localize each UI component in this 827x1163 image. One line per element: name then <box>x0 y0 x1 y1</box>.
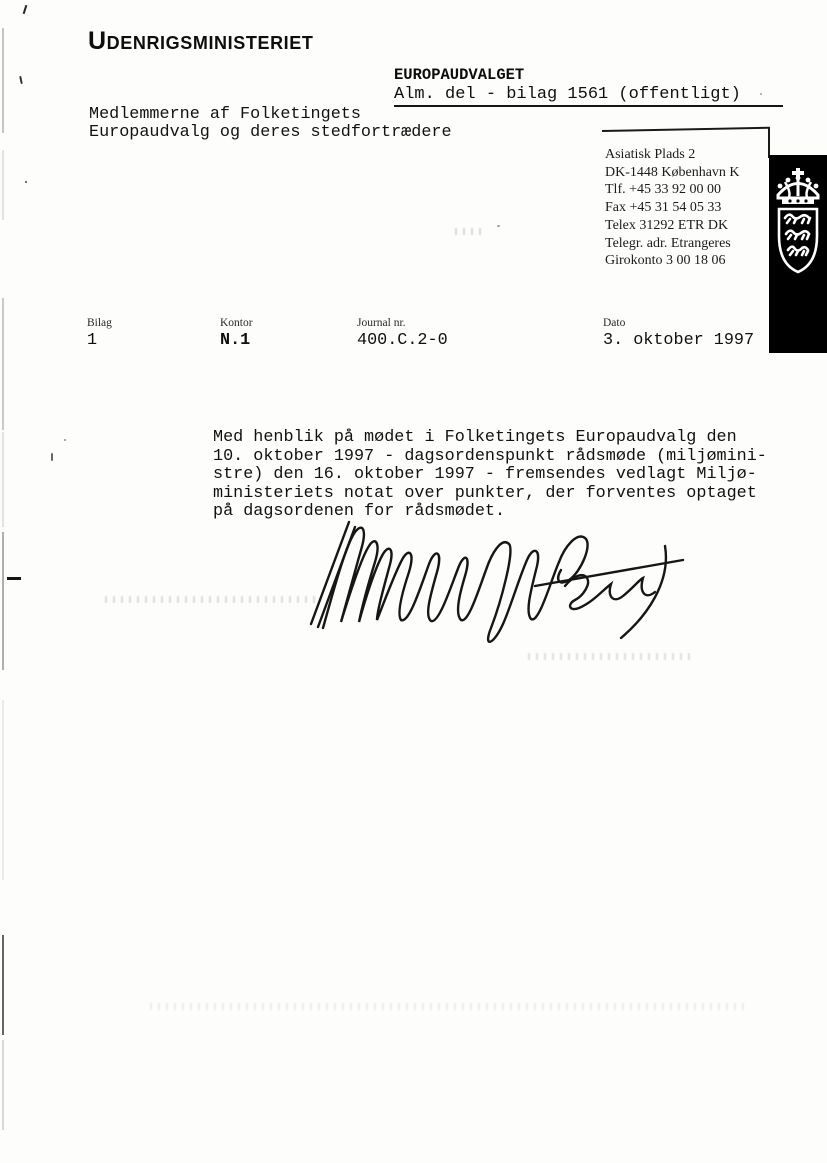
field-value: 400.C.2-0 <box>357 331 448 350</box>
address-box-rule-tick <box>768 128 770 158</box>
contact-line: Girokonto 3 00 18 06 <box>605 252 740 270</box>
field-journal-nr: Journal nr. 400.C.2-0 <box>357 317 448 350</box>
scanned-letter-page: UDENRIGSMINISTERIET EUROPAUDVALGET Alm. … <box>0 0 827 1163</box>
field-bilag: Bilag 1 <box>87 317 112 350</box>
body-line: Med henblik på mødet i Folketingets Euro… <box>213 429 767 448</box>
body-line: stre) den 16. oktober 1997 - fremsendes … <box>213 466 767 485</box>
address-box-rule <box>602 127 770 132</box>
scan-artifact <box>19 76 23 84</box>
field-label: Journal nr. <box>357 317 448 329</box>
body-line: 10. oktober 1997 - dagsordenspunkt rådsm… <box>213 448 767 467</box>
contact-line: DK-1448 København K <box>605 164 740 182</box>
scan-artifact <box>2 298 4 430</box>
field-value: 3. oktober 1997 <box>603 331 754 350</box>
field-kontor: Kontor N.1 <box>220 317 253 350</box>
body-line: ministeriets notat over punkter, der for… <box>213 485 767 504</box>
handwritten-signature <box>303 514 698 654</box>
field-dato: Dato 3. oktober 1997 <box>603 317 754 350</box>
scan-artifact <box>2 150 4 220</box>
field-value: 1 <box>87 331 112 350</box>
scan-artifact <box>497 225 500 227</box>
sender-contact-block: Asiatisk Plads 2 DK-1448 København K Tlf… <box>605 146 740 270</box>
field-value: N.1 <box>220 331 253 350</box>
contact-line: Telex 31292 ETR DK <box>605 217 740 235</box>
scan-artifact <box>64 439 66 441</box>
field-label: Kontor <box>220 317 253 329</box>
recipient-line: Europaudvalg og deres stedfortrædere <box>89 124 452 142</box>
letter-body: Med henblik på mødet i Folketingets Euro… <box>213 429 767 522</box>
scan-artifact <box>51 453 53 461</box>
scan-artifact <box>2 700 4 880</box>
ministry-wordmark: UDENRIGSMINISTERIET <box>88 27 313 56</box>
scan-artifact <box>2 432 4 527</box>
scan-artifact <box>25 181 27 183</box>
committee-stamp-title: EUROPAUDVALGET <box>394 66 783 84</box>
recipient-address: Medlemmerne af Folketingets Europaudvalg… <box>89 106 452 142</box>
contact-line: Telegr. adr. Etrangeres <box>605 235 740 253</box>
committee-stamp-subtitle: Alm. del - bilag 1561 (offentligt) <box>394 85 783 107</box>
scan-artifact <box>528 653 693 660</box>
scan-artifact <box>150 1003 750 1010</box>
scan-artifact <box>23 5 28 14</box>
contact-line: Asiatisk Plads 2 <box>605 146 740 164</box>
emblem-bar <box>769 155 827 353</box>
recipient-line: Medlemmerne af Folketingets <box>89 106 452 124</box>
field-label: Bilag <box>87 317 112 329</box>
contact-line: Tlf. +45 33 92 00 00 <box>605 181 740 199</box>
field-label: Dato <box>603 317 754 329</box>
scan-artifact <box>455 228 485 235</box>
scan-artifact <box>2 1040 4 1130</box>
scan-artifact <box>2 28 4 133</box>
contact-line: Fax +45 31 54 05 33 <box>605 199 740 217</box>
danish-royal-coat-of-arms-icon <box>775 168 821 276</box>
committee-stamp: EUROPAUDVALGET Alm. del - bilag 1561 (of… <box>394 66 783 107</box>
scan-artifact <box>2 935 4 1035</box>
scan-artifact <box>2 532 4 670</box>
scan-artifact <box>7 577 21 580</box>
scan-artifact <box>105 596 320 603</box>
